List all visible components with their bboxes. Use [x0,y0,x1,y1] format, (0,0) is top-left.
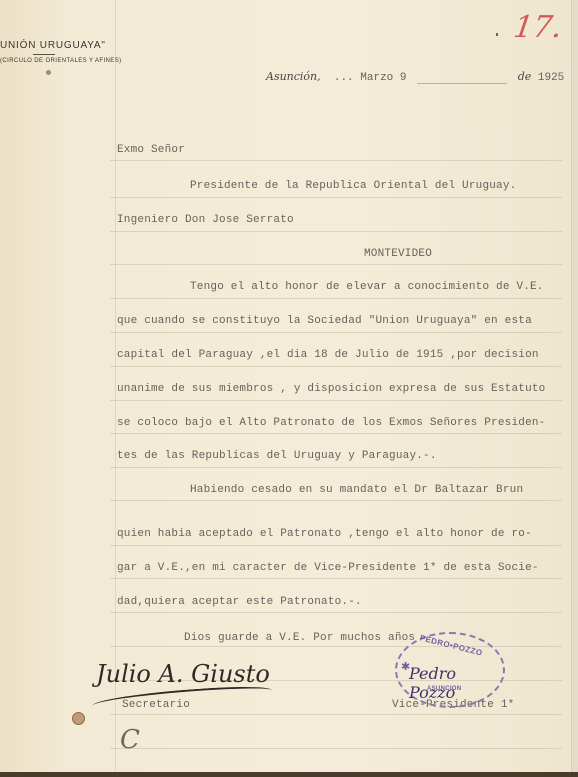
body-line: Tengo el alto honor de elevar a conocimi… [190,281,544,293]
addressee-city: MONTEVIDEO [364,248,432,260]
folio-number: 17. [512,10,565,45]
date-year-prefix: de [518,70,532,83]
scan-border [0,772,578,777]
date-month-day: Marzo 9 [360,72,406,84]
ruled-line [110,197,562,198]
stamp-top-text: PEDRO•POZZO [419,633,484,657]
addressee-name: Ingeniero Don Jose Serrato [117,214,294,226]
letterhead: UNIÓN URUGUAYA" (CIRCULO DE ORIENTALES Y… [0,40,112,75]
date-underline [417,83,507,84]
stamp-signature: Pedro Pozzo [409,664,503,702]
letterhead-title: UNIÓN URUGUAYA" [0,40,112,51]
ruled-line [110,500,562,501]
ink-mark [496,33,498,36]
ruled-line [110,264,562,265]
ruled-line [110,366,562,367]
ruled-line [110,467,562,468]
ruled-line [110,612,562,613]
body-line: Habiendo cesado en su mandato el Dr Balt… [190,484,523,496]
body-line: dad,quiera aceptar este Patronato.-. [117,596,362,608]
body-line: quien habia aceptado el Patronato ,tengo… [117,528,532,540]
secretary-signature: Julio A. Giusto [96,660,270,688]
letterhead-subtitle: (CIRCULO DE ORIENTALES Y AFINES) [0,58,112,64]
closing-line: Dios guarde a V.E. Por muchos años [184,632,415,644]
ornament-dot-icon [46,70,51,75]
body-line: capital del Paraguay ,el dia 18 de Julio… [117,349,539,361]
body-line: tes de las Republicas del Uruguay y Para… [117,450,437,462]
ruled-line [110,231,562,232]
secretary-title: Secretario [122,699,190,711]
addressee-title: Presidente de la Republica Oriental del … [190,180,516,192]
body-line: gar a V.E.,en mi caracter de Vice-Presid… [117,562,539,574]
date-place: Asunción, [266,70,321,83]
body-line: unanime de sus miembros , y disposicion … [117,383,545,395]
dateline: Asunción, ... Marzo 9 de 1925 [266,70,564,84]
ruled-line [110,332,562,333]
date-year: 1925 [538,72,564,84]
letter-page: UNIÓN URUGUAYA" (CIRCULO DE ORIENTALES Y… [0,0,572,772]
ruled-line [110,160,562,161]
letterhead-divider [33,54,55,55]
official-stamp: PEDRO•POZZO ✱ Pedro Pozzo ASUNCION [395,632,505,708]
ruled-line [110,748,562,749]
ruled-line [110,400,562,401]
page-edge [571,0,578,777]
salutation: Exmo Señor [117,144,185,156]
margin-line [115,0,116,772]
initial-mark: C [120,725,140,755]
stamp-bottom-text: ASUNCION [427,686,461,692]
ruled-line [110,714,562,715]
punch-hole-icon [72,712,85,725]
ruled-line [110,545,562,546]
ruled-line [110,578,562,579]
body-line: que cuando se constituyo la Sociedad "Un… [117,315,532,327]
ruled-line [110,433,562,434]
body-line: se coloco bajo el Alto Patronato de los … [117,417,545,429]
ruled-line [110,298,562,299]
